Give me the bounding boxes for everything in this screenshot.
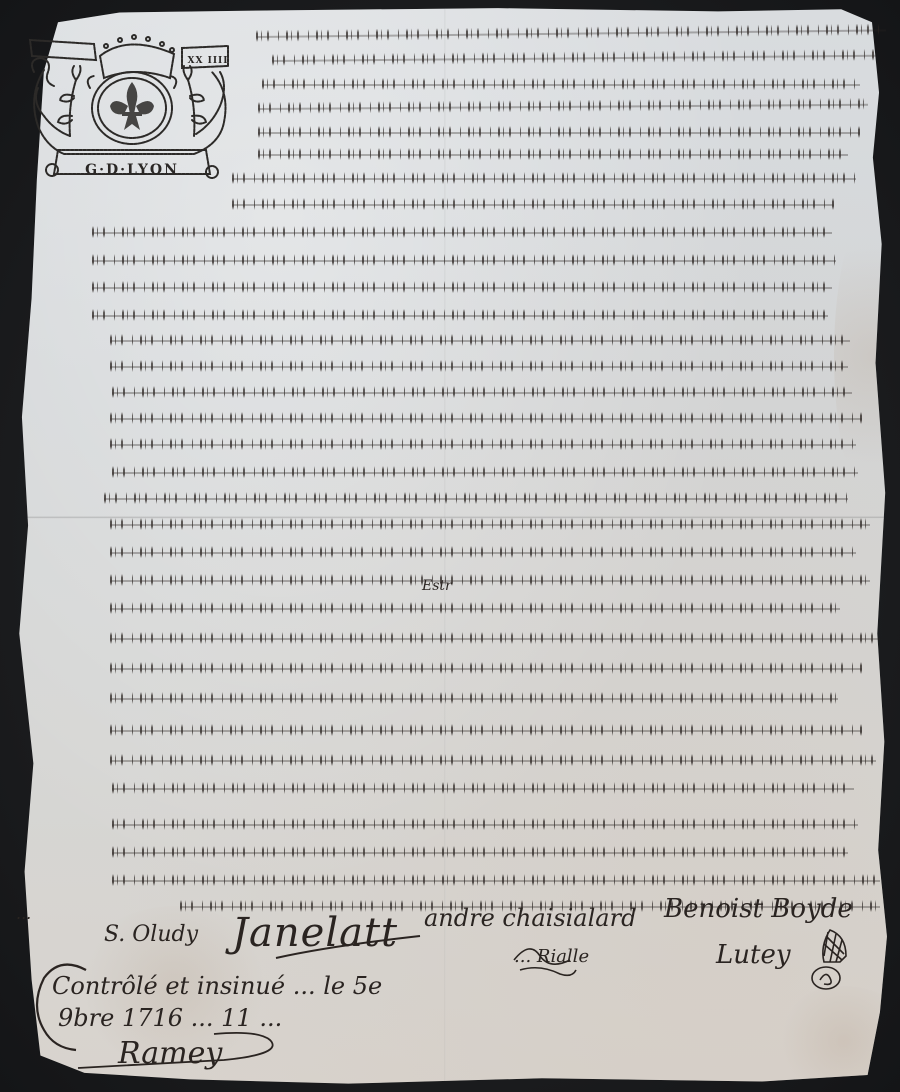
text-line: ... <box>110 430 856 456</box>
text-line: ... aussi ... gény ... <box>92 246 836 272</box>
text-line: qu'il tient ... <box>92 218 832 244</box>
text-line: ... <box>110 538 856 564</box>
text-line: ... <box>112 774 854 800</box>
text-line: Tailles ... Carton ... <box>110 746 876 772</box>
text-line: ... quelque ... <box>110 352 848 378</box>
signature: Benoist Boyde <box>664 894 853 924</box>
text-line: ... pré ... confins ... <box>92 273 832 299</box>
text-line: ... Bourg ... appelé ... <box>232 164 856 190</box>
text-line: ... <box>112 866 880 892</box>
text-line: ... dit ... Carton ... <box>232 190 834 216</box>
text-line: ... <box>110 624 880 650</box>
text-line: Establis Jacques ... au Bourg ... <box>272 41 876 72</box>
signature: Lutey <box>716 940 791 970</box>
signature-underline-icon <box>270 924 430 964</box>
control-note-line-1: Contrôlé et insinué ... le 5e <box>52 972 382 1000</box>
text-line: ... payer ... <box>110 716 862 742</box>
text-line: ... Rey ... <box>110 510 870 536</box>
interlinear-note: Estr <box>422 578 452 594</box>
text-line: ... George ... Carthon ... <box>110 326 850 352</box>
signature-flourish-icon <box>510 930 580 980</box>
text-line: ... <box>110 654 862 680</box>
text-line: ... <box>92 301 828 327</box>
text-line: au Bourg ... octobre ... <box>112 838 848 864</box>
control-signature-flourish-icon <box>74 1024 294 1074</box>
text-line: ... <box>110 566 870 592</box>
text-line: Commun ... Carton ... <box>110 404 862 430</box>
text-line: ... <box>110 684 838 710</box>
text-line: ... <box>104 484 848 510</box>
text-line: ... <box>112 810 858 836</box>
signature: S. Oludy <box>104 922 198 947</box>
text-line: quitte ... rapport ... <box>258 90 868 120</box>
text-line: ... <box>258 140 848 166</box>
text-line: ... <box>110 594 840 620</box>
margin-note: ... <box>16 904 31 923</box>
signature: andre chaisialard <box>424 904 636 932</box>
text-line: ... <box>112 458 858 484</box>
text-line: ... faitte ... <box>112 378 852 404</box>
notary-paraph-mark-icon <box>806 926 856 996</box>
